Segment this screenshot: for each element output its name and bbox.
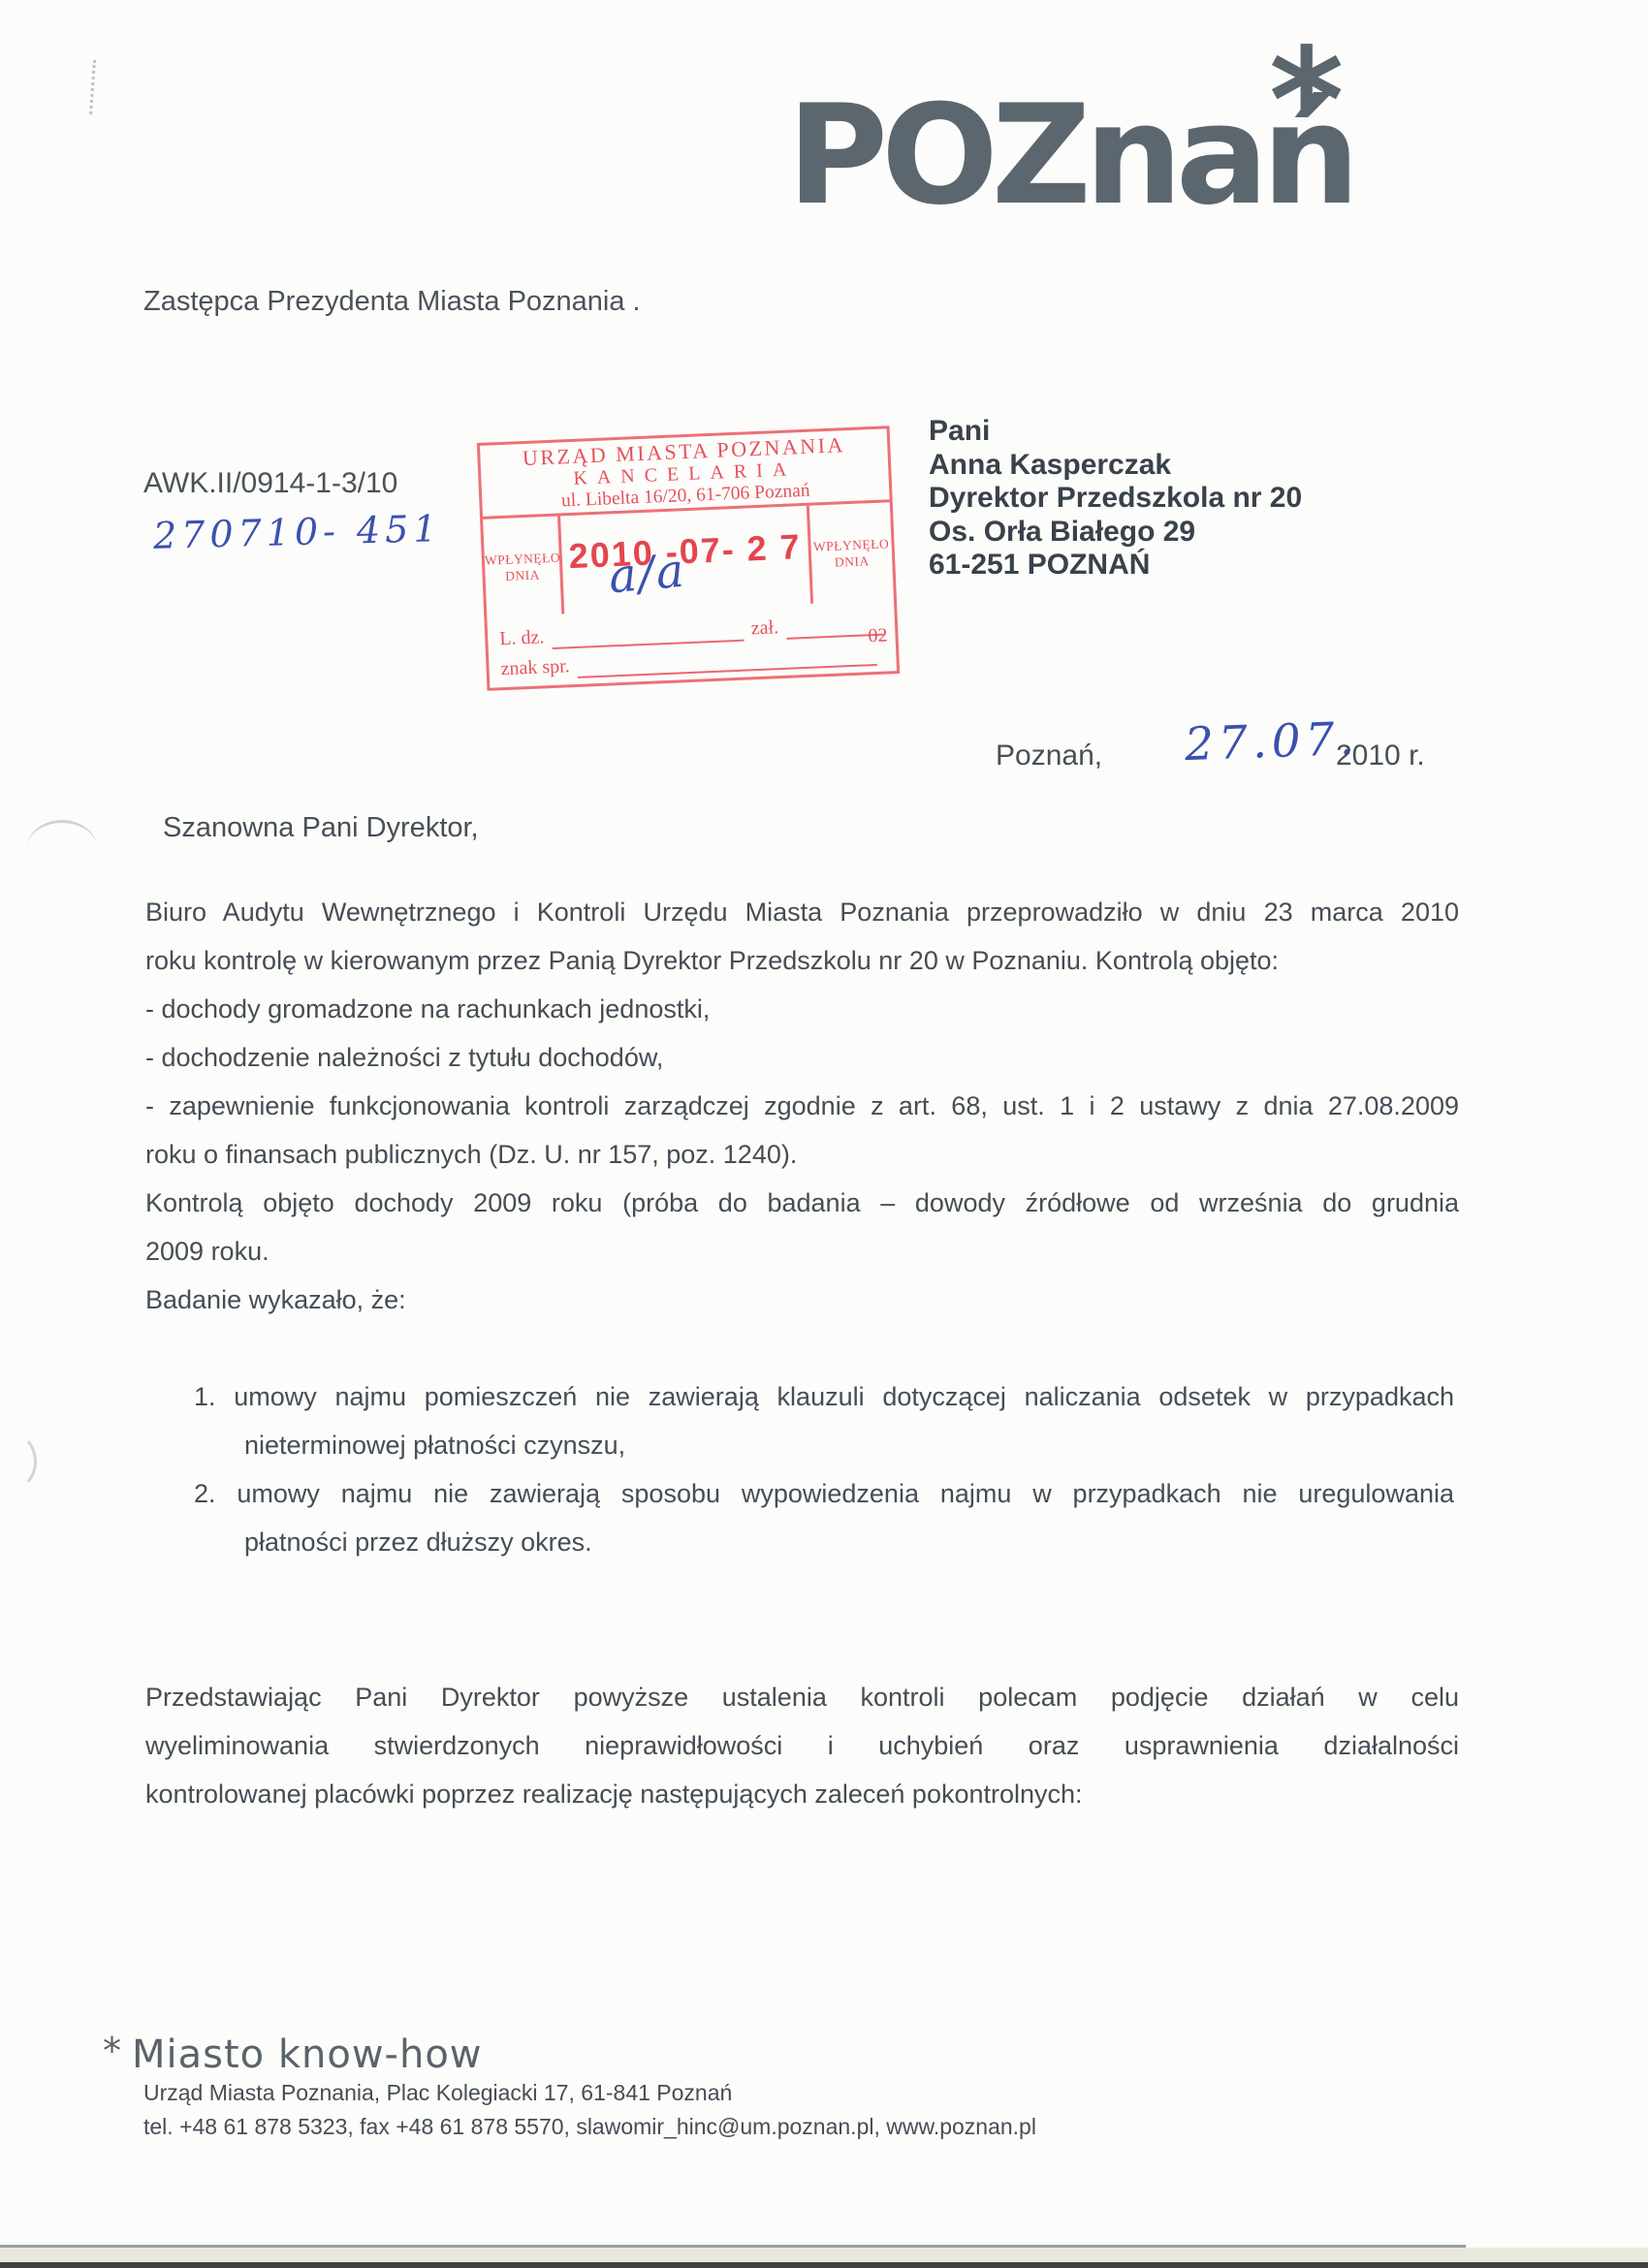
recipient-salutation: Pani xyxy=(929,415,1302,449)
scan-artifact xyxy=(89,60,96,114)
text-line: Badanie wykazało, że: xyxy=(145,1276,1459,1324)
text-line: nieterminowej płatności czynszu, xyxy=(194,1421,1454,1469)
handwritten-annotation: a/a xyxy=(607,544,688,605)
handwritten-date: 27.07. xyxy=(1184,712,1359,772)
recipient-name: Anna Kasperczak xyxy=(929,449,1302,483)
footer-asterisk-icon: * xyxy=(103,2030,122,2072)
recipient-city: 61-251 POZNAŃ xyxy=(929,549,1302,583)
scan-edge xyxy=(0,2262,1648,2268)
stamp-ldz-label: L. dz. xyxy=(499,624,545,651)
scan-artifact xyxy=(27,820,97,848)
handwritten-reference: 270710- 451 xyxy=(152,507,442,557)
reference-number: AWK.II/0914-1-3/10 xyxy=(143,467,397,500)
text-line: roku o finansach publicznych (Dz. U. nr … xyxy=(145,1130,1459,1179)
recipient-title: Dyrektor Przedszkola nr 20 xyxy=(929,482,1302,516)
registry-stamp: URZĄD MIASTA POZNANIA KANCELARIA ul. Lib… xyxy=(477,425,900,691)
footer-address: Urząd Miasta Poznania, Plac Kolegiacki 1… xyxy=(143,2080,732,2106)
text-line: wyeliminowania stwierdzonych nieprawidło… xyxy=(145,1721,1459,1770)
findings-list: 1. umowy najmu pomieszczeń nie zawierają… xyxy=(194,1372,1454,1566)
poznan-logo-asterisk-icon: * xyxy=(1269,29,1344,173)
sender-title: Zastępca Prezydenta Miasta Poznania . xyxy=(143,286,641,318)
text-line: - zapewnienie funkcjonowania kontroli za… xyxy=(145,1082,1459,1130)
text-line: kontrolowanej placówki poprzez realizacj… xyxy=(145,1770,1459,1818)
text-line: płatności przez dłuższy okres. xyxy=(194,1518,1454,1566)
dateline-year: 2010 r. xyxy=(1336,740,1425,772)
stamp-received-label: WPŁYNĘŁO DNIA xyxy=(483,516,564,616)
text-line: 2. umowy najmu nie zawierają sposobu wyp… xyxy=(194,1469,1454,1518)
stamp-day-word: DNIA xyxy=(811,551,893,571)
scan-artifact xyxy=(0,1433,37,1491)
stamp-znak-label: znak spr. xyxy=(500,653,570,681)
dateline-city: Poznań, xyxy=(996,740,1102,772)
text-line: 2009 roku. xyxy=(145,1227,1459,1276)
body-paragraph: Biuro Audytu Wewnętrznego i Kontroli Urz… xyxy=(145,888,1459,1324)
document-page: POZnań * Zastępca Prezydenta Miasta Pozn… xyxy=(0,0,1648,2268)
stamp-code: 02 xyxy=(868,624,888,647)
stamp-received-label: WPŁYNĘŁO DNIA xyxy=(807,502,894,604)
stamp-day-word: DNIA xyxy=(485,565,560,584)
text-line: 1. umowy najmu pomieszczeń nie zawierają… xyxy=(194,1372,1454,1421)
text-line: Biuro Audytu Wewnętrznego i Kontroli Urz… xyxy=(145,888,1459,936)
footer-slogan-text: Miasto know-how xyxy=(132,2032,483,2077)
poznan-logo: POZnań * xyxy=(787,56,1427,265)
recipient-block: Pani Anna Kasperczak Dyrektor Przedszkol… xyxy=(929,415,1302,583)
stamp-middle-row: WPŁYNĘŁO DNIA 2010 -07- 2 7 WPŁYNĘŁO DNI… xyxy=(483,502,894,616)
text-line: - dochodzenie należności z tytułu dochod… xyxy=(145,1033,1459,1082)
recipient-street: Os. Orła Białego 29 xyxy=(929,516,1302,550)
footer-contact: tel. +48 61 878 5323, fax +48 61 878 557… xyxy=(143,2114,1036,2140)
text-line: roku kontrolę w kierowanym przez Panią D… xyxy=(145,936,1459,985)
stamp-zal-label: zał. xyxy=(750,614,778,641)
closing-paragraph: Przedstawiając Pani Dyrektor powyższe us… xyxy=(145,1673,1459,1818)
footer-slogan: *Miasto know-how xyxy=(103,2030,483,2077)
text-line: - dochody gromadzone na rachunkach jedno… xyxy=(145,985,1459,1033)
scan-edge xyxy=(0,2248,1648,2262)
greeting: Szanowna Pani Dyrektor, xyxy=(163,812,479,844)
text-line: Przedstawiając Pani Dyrektor powyższe us… xyxy=(145,1673,1459,1721)
text-line: Kontrolą objęto dochody 2009 roku (próba… xyxy=(145,1179,1459,1227)
